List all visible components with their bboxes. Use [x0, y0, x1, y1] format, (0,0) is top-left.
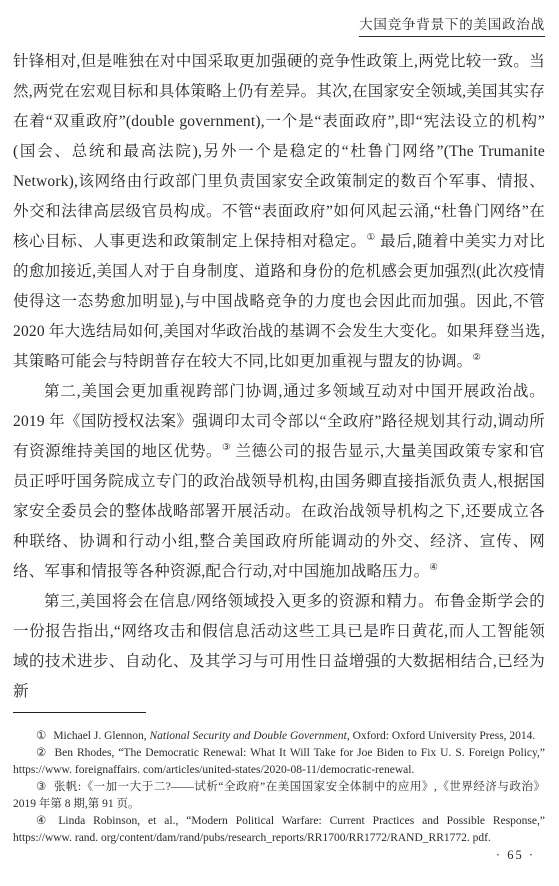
- journal-page: 大国竞争背景下的美国政治战 针锋相对,但是唯独在对中国采取更加强硬的竞争性政策上…: [0, 0, 559, 886]
- paragraph: 针锋相对,但是唯独在对中国采取更加强硬的竞争性政策上,两党比较一致。当然,两党在…: [13, 47, 545, 377]
- footnote-marker: ②: [36, 747, 47, 759]
- paragraph: 第三,美国将会在信息/网络领域投入更多的资源和精力。布鲁金斯学会的一份报告指出,…: [13, 587, 545, 707]
- running-title: 大国竞争背景下的美国政治战: [359, 13, 545, 37]
- footnote-marker: ③: [36, 781, 47, 793]
- footnote-marker: ④: [36, 815, 51, 827]
- page-number: · 65 ·: [496, 848, 535, 863]
- footnote-divider: [13, 712, 146, 713]
- footnote-item: ④Linda Robinson, et al., “Modern Politic…: [13, 813, 545, 847]
- italic-book-title: National Security and Double Government: [149, 730, 346, 742]
- footnote-ref: ③: [222, 443, 231, 453]
- footnote-section: ①Michael J. Glennon, National Security a…: [13, 712, 545, 847]
- footnote-ref: ④: [429, 563, 438, 573]
- footnote-ref: ②: [472, 353, 481, 363]
- footnote-list: ①Michael J. Glennon, National Security a…: [13, 728, 545, 847]
- footnote-item: ③张帆:《一加一大于二?——试析“全政府”在美国国家安全体制中的应用》,《世界经…: [13, 779, 545, 813]
- footnote-marker: ①: [36, 730, 46, 742]
- footnote-item: ①Michael J. Glennon, National Security a…: [13, 728, 545, 745]
- page-header: 大国竞争背景下的美国政治战: [13, 13, 545, 37]
- paragraph: 第二,美国会更加重视跨部门协调,通过多领域互动对中国开展政治战。2019 年《国…: [13, 377, 545, 587]
- footnote-item: ②Ben Rhodes, “The Democratic Renewal: Wh…: [13, 745, 545, 779]
- footnote-ref: ①: [367, 233, 376, 243]
- body-text: 针锋相对,但是唯独在对中国采取更加强硬的竞争性政策上,两党比较一致。当然,两党在…: [13, 47, 545, 707]
